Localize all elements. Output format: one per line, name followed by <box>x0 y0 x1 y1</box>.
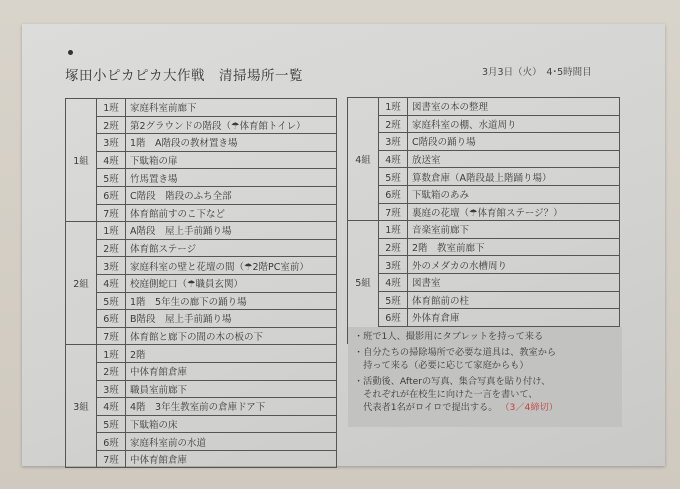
table-row: 3班1階 A階段の教材置き場 <box>66 134 337 152</box>
table-row: 4班4階 3年生教室前の倉庫ドア下 <box>66 398 337 416</box>
team-label: 6班 <box>97 310 126 328</box>
cleaning-place: 1階 5年生の廊下の踊り場 <box>126 292 337 310</box>
page-title: 塚田小ピカピカ大作戦 清掃場所一覧 <box>65 64 303 84</box>
team-label: 1班 <box>379 98 408 116</box>
class-label: 3組 <box>66 345 97 468</box>
table-row: 2班家庭科室の棚、水道周り <box>348 115 620 133</box>
team-label: 3班 <box>379 256 408 274</box>
table-row: 5班竹馬置き場 <box>66 169 337 187</box>
team-label: 6班 <box>97 186 126 204</box>
table-row: 4班下駄箱の扉 <box>66 151 337 169</box>
table-row: 3班家庭科室の壁と花壇の間（☂2階PC室前） <box>66 257 337 275</box>
cleaning-place: 放送室 <box>408 150 620 168</box>
cleaning-place: B階段 屋上手前踊り場 <box>126 310 337 328</box>
table-row: 5班1階 5年生の廊下の踊り場 <box>66 292 337 310</box>
cleaning-place: 第2グラウンドの階段（☂体育館トイレ） <box>126 116 337 134</box>
team-label: 1班 <box>379 221 408 239</box>
table-row: 5班下駄箱の床 <box>66 415 337 433</box>
cleaning-place: 2階 教室前廊下 <box>408 238 620 256</box>
cleaning-place: 音楽室前廊下 <box>408 221 620 239</box>
table-row: 6班下駄箱のあみ <box>348 185 620 203</box>
team-label: 5班 <box>97 169 126 187</box>
cleaning-place: 1階 A階段の教材置き場 <box>126 134 337 152</box>
class-label: 2組 <box>66 222 97 345</box>
team-label: 6班 <box>379 309 408 327</box>
team-label: 2班 <box>97 116 126 134</box>
date-period: 3月3日（火） 4･5時間目 <box>482 64 592 78</box>
table-row: 3組1班2階 <box>66 345 337 363</box>
team-label: 1班 <box>97 345 126 363</box>
class-label: 5組 <box>348 221 379 344</box>
table-row: 7班裏庭の花壇（☂体育館ステージ？） <box>348 203 620 221</box>
team-label: 5班 <box>97 292 126 310</box>
table-row: 2班体育館ステージ <box>66 239 337 257</box>
team-label: 4班 <box>97 274 126 292</box>
cleaning-place: 校庭側蛇口（☂職員玄関） <box>126 274 337 292</box>
team-label: 5班 <box>379 291 408 309</box>
cleaning-place: C階段 階段のふち全部 <box>126 186 337 204</box>
table-row: 1組1班家庭科室前廊下 <box>66 99 337 117</box>
table-row: 4班校庭側蛇口（☂職員玄関） <box>66 274 337 292</box>
team-label: 1班 <box>97 222 126 240</box>
cleaning-place: 中体育館倉庫 <box>126 450 337 468</box>
team-label: 4班 <box>97 398 126 416</box>
team-label: 7班 <box>97 204 126 222</box>
cleaning-place: 体育館ステージ <box>126 239 337 257</box>
team-label: 3班 <box>97 380 126 398</box>
note-submit: ・活動後、Afterの写真、集合写真を貼り付け、 それぞれが在校生に向けた一言を… <box>354 375 616 414</box>
cleaning-place: 職員室前廊下 <box>126 380 337 398</box>
cleaning-place: 下駄箱のあみ <box>408 185 620 203</box>
table-row: 7班中体育館倉庫 <box>66 450 337 468</box>
cleaning-place: 外体育倉庫 <box>408 309 620 327</box>
cleaning-place: 家庭科室の棚、水道周り <box>408 115 620 133</box>
table-row: 5組1班音楽室前廊下 <box>348 221 620 239</box>
team-label: 2班 <box>379 238 408 256</box>
team-label: 7班 <box>97 327 126 345</box>
table-row: 2班2階 教室前廊下 <box>348 238 620 256</box>
table-row: 6班家庭科室前の水道 <box>66 433 337 451</box>
cleaning-place: A階段 屋上手前踊り場 <box>126 222 337 240</box>
table-row: 3班職員室前廊下 <box>66 380 337 398</box>
team-label: 1班 <box>97 99 126 117</box>
note-tablet: ・班で1人、撮影用にタブレットを持って来る <box>354 330 616 343</box>
team-label: 4班 <box>97 151 126 169</box>
table-row: 5班算数倉庫（A階段最上階踊り場） <box>348 168 620 186</box>
cleaning-place: 算数倉庫（A階段最上階踊り場） <box>408 168 620 186</box>
table-row: 6班外体育倉庫 <box>348 309 620 327</box>
class-label: 4組 <box>348 98 379 221</box>
cleaning-place: C階段の踊り場 <box>408 133 620 151</box>
cleaning-table-left: 1組1班家庭科室前廊下2班第2グラウンドの階段（☂体育館トイレ）3班1階 A階段… <box>65 98 337 468</box>
cleaning-place: 中体育館倉庫 <box>126 362 337 380</box>
note-tools: ・自分たちの掃除場所で必要な道具は、教室から 持って来る（必要に応じて家庭からも… <box>354 346 616 372</box>
cleaning-table-right: 4組1班図書室の本の整理2班家庭科室の棚、水道周り3班C階段の踊り場4班放送室5… <box>347 97 620 344</box>
cleaning-place: 図書室の本の整理 <box>408 98 620 116</box>
team-label: 6班 <box>97 433 126 451</box>
cleaning-place: 体育館と廊下の間の木の板の下 <box>126 327 337 345</box>
table-row: 6班B階段 屋上手前踊り場 <box>66 310 337 328</box>
team-label: 4班 <box>379 150 408 168</box>
table-row: 3班外のメダカの水槽周り <box>348 256 620 274</box>
team-label: 2班 <box>97 239 126 257</box>
team-label: 4班 <box>379 273 408 291</box>
team-label: 7班 <box>379 203 408 221</box>
team-label: 3班 <box>97 134 126 152</box>
table-row: 2班第2グラウンドの階段（☂体育館トイレ） <box>66 116 337 134</box>
team-label: 3班 <box>379 133 408 151</box>
table-row: 7班体育館と廊下の間の木の板の下 <box>66 327 337 345</box>
team-label: 2班 <box>379 115 408 133</box>
cleaning-place: 家庭科室の壁と花壇の間（☂2階PC室前） <box>126 257 337 275</box>
team-label: 5班 <box>97 415 126 433</box>
cleaning-place: 家庭科室前廊下 <box>126 99 337 117</box>
table-row: 4班放送室 <box>348 150 620 168</box>
class-label: 1組 <box>66 99 97 222</box>
cleaning-place: 下駄箱の扉 <box>126 151 337 169</box>
cleaning-place: 2階 <box>126 345 337 363</box>
paper-sheet: 塚田小ピカピカ大作戦 清掃場所一覧 3月3日（火） 4･5時間目 1組1班家庭科… <box>22 24 665 466</box>
team-label: 6班 <box>379 185 408 203</box>
cleaning-place: 体育館前すのこ下など <box>126 204 337 222</box>
table-row: 4班図書室 <box>348 273 620 291</box>
team-label: 7班 <box>97 450 126 468</box>
cleaning-place: 体育館前の柱 <box>408 291 620 309</box>
deadline-text: （3／4締切） <box>500 402 558 413</box>
table-row: 3班C階段の踊り場 <box>348 133 620 151</box>
cleaning-place: 外のメダカの水槽周り <box>408 256 620 274</box>
team-label: 2班 <box>97 362 126 380</box>
cleaning-place: 下駄箱の床 <box>126 415 337 433</box>
team-label: 5班 <box>379 168 408 186</box>
cleaning-place: 図書室 <box>408 273 620 291</box>
table-row: 6班C階段 階段のふち全部 <box>66 186 337 204</box>
cleaning-place: 家庭科室前の水道 <box>126 433 337 451</box>
table-row: 5班体育館前の柱 <box>348 291 620 309</box>
table-row: 4組1班図書室の本の整理 <box>348 98 620 116</box>
cleaning-place: 竹馬置き場 <box>126 169 337 187</box>
cleaning-place: 裏庭の花壇（☂体育館ステージ？） <box>408 203 620 221</box>
notes-box: ・班で1人、撮影用にタブレットを持って来る ・自分たちの掃除場所で必要な道具は、… <box>348 327 622 427</box>
table-row: 2組1班A階段 屋上手前踊り場 <box>66 222 337 240</box>
cleaning-place: 4階 3年生教室前の倉庫ドア下 <box>126 398 337 416</box>
team-label: 3班 <box>97 257 126 275</box>
table-row: 2班中体育館倉庫 <box>66 362 337 380</box>
table-row: 7班体育館前すのこ下など <box>66 204 337 222</box>
punch-hole <box>68 50 73 55</box>
